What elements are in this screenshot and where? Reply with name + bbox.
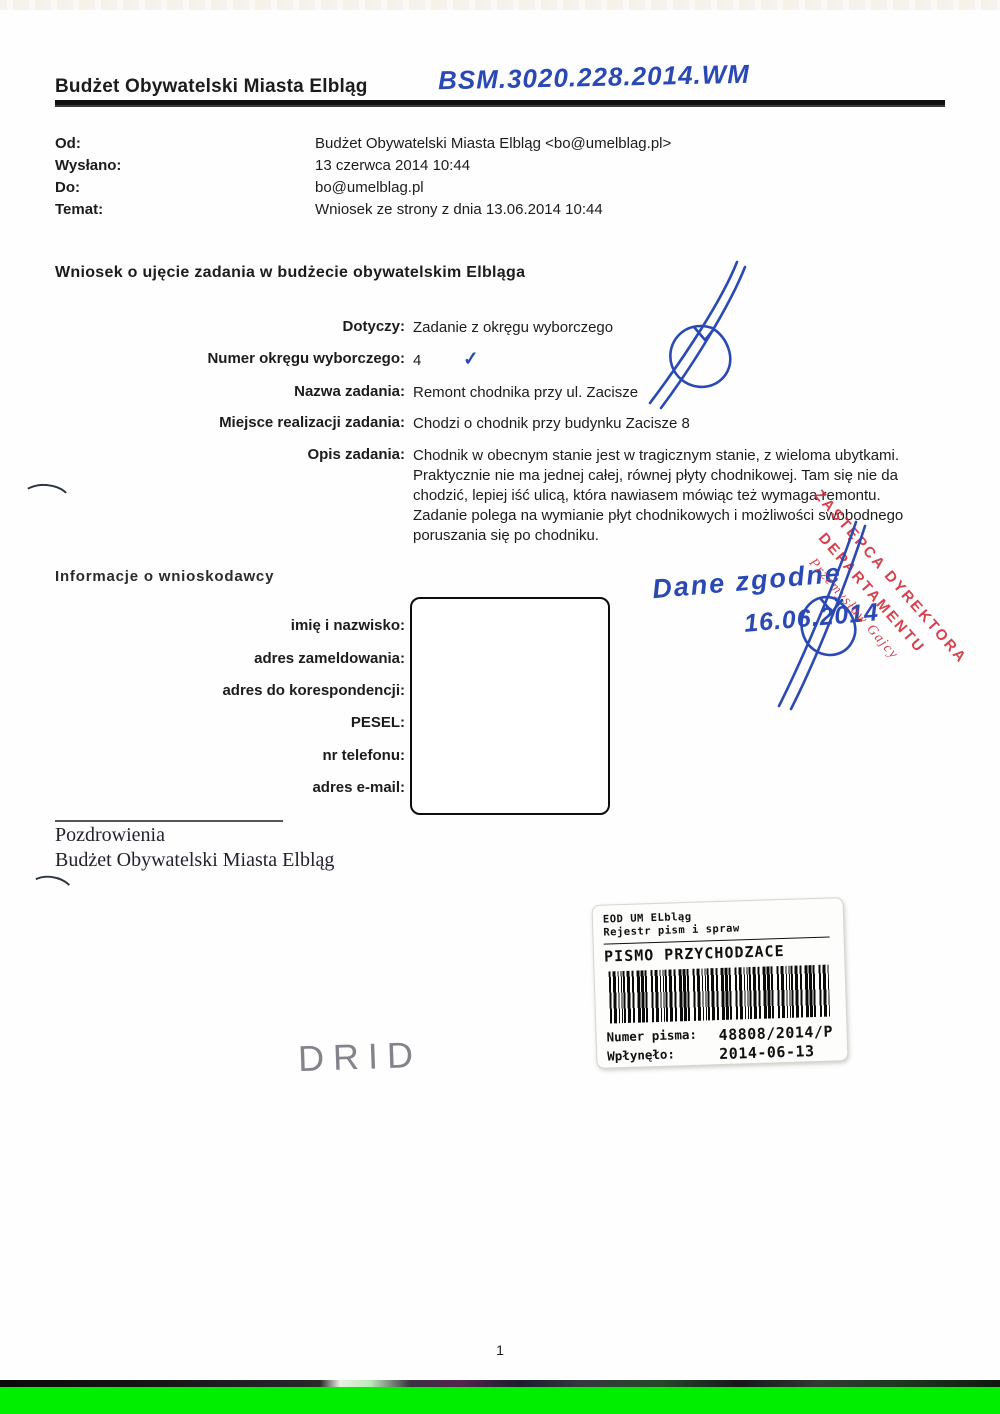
- barcode: [609, 965, 831, 1024]
- document-title: Budżet Obywatelski Miasta Elbląg: [55, 76, 368, 98]
- field-label: Opis zadania:: [55, 446, 413, 546]
- email-header-row: Wysłano: 13 czerwca 2014 10:44: [55, 155, 875, 177]
- form-row-numer-okregu: Numer okręgu wyborczego: 4✓: [55, 350, 935, 371]
- applicant-section-heading: Informacje o wnioskodawcy: [55, 568, 274, 585]
- email-header-row: Od: Budżet Obywatelski Miasta Elbląg <bo…: [55, 133, 875, 155]
- field-label: Numer okręgu wyborczego:: [55, 350, 413, 371]
- sticker-received-value: 2014-06-13: [719, 1042, 815, 1063]
- applicant-field-label: nr telefonu:: [55, 747, 405, 764]
- form-row-dotyczy: Dotyczy: Zadanie z okręgu wyborczego: [55, 318, 935, 338]
- handwritten-reference-number: BSM.3020.228.2014.WM: [438, 59, 751, 97]
- page-number: 1: [0, 1342, 1000, 1358]
- email-header-label: Temat:: [55, 199, 315, 221]
- applicant-field-label: adres e-mail:: [55, 779, 405, 796]
- field-value: Zadanie z okręgu wyborczego: [413, 318, 935, 338]
- handwritten-pencil-note: DRID: [297, 1034, 422, 1080]
- registry-barcode-sticker: EOD UM ELbląg Rejestr pism i spraw PISMO…: [591, 897, 848, 1069]
- sticker-document-type: PISMO PRZYCHODZACE: [604, 940, 834, 965]
- scan-noise-line: [0, 1380, 1000, 1387]
- district-number: 4: [413, 352, 421, 369]
- applicant-field-label: adres do korespondencji:: [55, 682, 405, 699]
- check-mark: ✓: [463, 349, 480, 370]
- applicant-field-label: PESEL:: [55, 714, 405, 731]
- email-header-value: Wniosek ze strony z dnia 13.06.2014 10:4…: [315, 199, 875, 221]
- email-header-row: Temat: Wniosek ze strony z dnia 13.06.20…: [55, 199, 875, 221]
- scan-noise-band: [0, 0, 1000, 10]
- form-row-miejsce: Miejsce realizacji zadania: Chodzi o cho…: [55, 414, 935, 434]
- redacted-personal-data-box: [410, 597, 610, 815]
- header-divider: [55, 100, 945, 107]
- form-row-nazwa-zadania: Nazwa zadania: Remont chodnika przy ul. …: [55, 383, 935, 403]
- sticker-number-label: Numer pisma:: [606, 1026, 719, 1048]
- scanned-document-page: Budżet Obywatelski Miasta Elbląg BSM.302…: [0, 0, 1000, 1414]
- applicant-field-label: imię i nazwisko:: [55, 617, 405, 634]
- field-label: Nazwa zadania:: [55, 383, 413, 403]
- sticker-received-label: Wpłynęło:: [607, 1045, 720, 1067]
- email-header-label: Wysłano:: [55, 155, 315, 177]
- field-value: 4✓: [413, 350, 935, 371]
- sticker-number-value: 48808/2014/P: [718, 1022, 833, 1044]
- signature-divider: [55, 820, 283, 822]
- email-header-row: Do: bo@umelblag.pl: [55, 177, 875, 199]
- scan-green-strip: [0, 1387, 1000, 1414]
- email-header-value: bo@umelblag.pl: [315, 177, 875, 199]
- email-header-value: Budżet Obywatelski Miasta Elbląg <bo@ume…: [315, 133, 875, 155]
- email-header-label: Do:: [55, 177, 315, 199]
- applicant-field-label: adres zameldowania:: [55, 650, 405, 667]
- field-value: Remont chodnika przy ul. Zacisze: [413, 383, 935, 403]
- punch-hole-artifact: [26, 872, 77, 910]
- field-label: Dotyczy:: [55, 318, 413, 338]
- field-label: Miejsce realizacji zadania:: [55, 414, 413, 434]
- closing-text: Pozdrowienia: [55, 824, 165, 847]
- field-value: Chodzi o chodnik przy budynku Zacisze 8: [413, 414, 935, 434]
- request-title: Wniosek o ujęcie zadania w budżecie obyw…: [55, 264, 525, 282]
- email-header-label: Od:: [55, 133, 315, 155]
- email-header-value: 13 czerwca 2014 10:44: [315, 155, 875, 177]
- closing-organization: Budżet Obywatelski Miasta Elbląg: [55, 849, 334, 872]
